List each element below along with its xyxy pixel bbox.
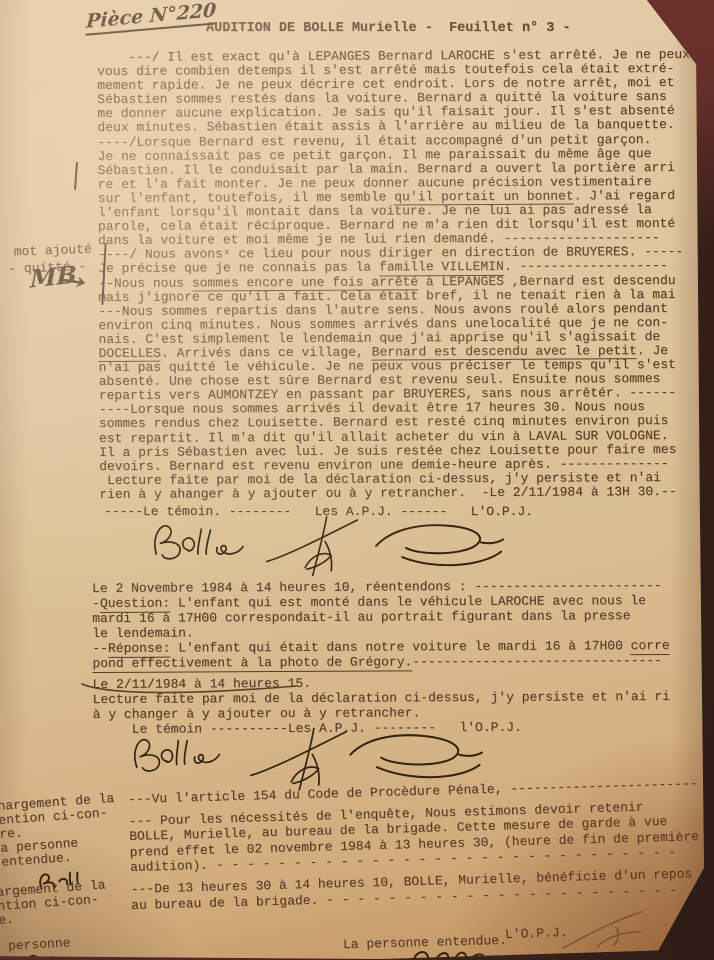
deposition-text: ---/ Il est exact qu'à LEPANGES Bernard … <box>97 48 692 502</box>
pen-mark-vertical <box>74 162 78 190</box>
apj-signature <box>262 512 362 578</box>
opj-signature-2 <box>341 725 493 788</box>
document-page: Pièce N°220 AUDITION DE BOLLE Murielle -… <box>0 0 714 960</box>
margin-signature-partial <box>22 951 72 960</box>
margin-emargement-2: argement de lantion ci-con-e. <box>0 878 108 928</box>
pen-underline-curve <box>80 680 300 696</box>
opj-signature <box>368 518 513 574</box>
handwritten-piece-number: Pièce N°220 <box>86 0 217 33</box>
margin-emargement-1: nargement de laention ci-con-re.a person… <box>0 792 119 870</box>
footer-opj-signature <box>554 906 657 957</box>
witness-signature <box>148 518 248 566</box>
piece-number-text: Pièce N°220 <box>86 0 217 36</box>
document-title: AUDITION DE BOLLE Murielle - Feuillet n°… <box>206 21 571 36</box>
second-hearing-text: Le 2 Novembre 1984 à 14 heures 10, réent… <box>92 578 670 737</box>
custody-text: ---Vu l'article 154 du Code de Procèdure… <box>128 776 701 913</box>
apj-signature-2 <box>246 722 351 794</box>
witness-signature-2 <box>127 727 226 780</box>
footer-witness-signature-partial <box>408 948 498 960</box>
photo-of-document: { "header": { "piece_note": "Pièce N°220… <box>0 0 714 960</box>
